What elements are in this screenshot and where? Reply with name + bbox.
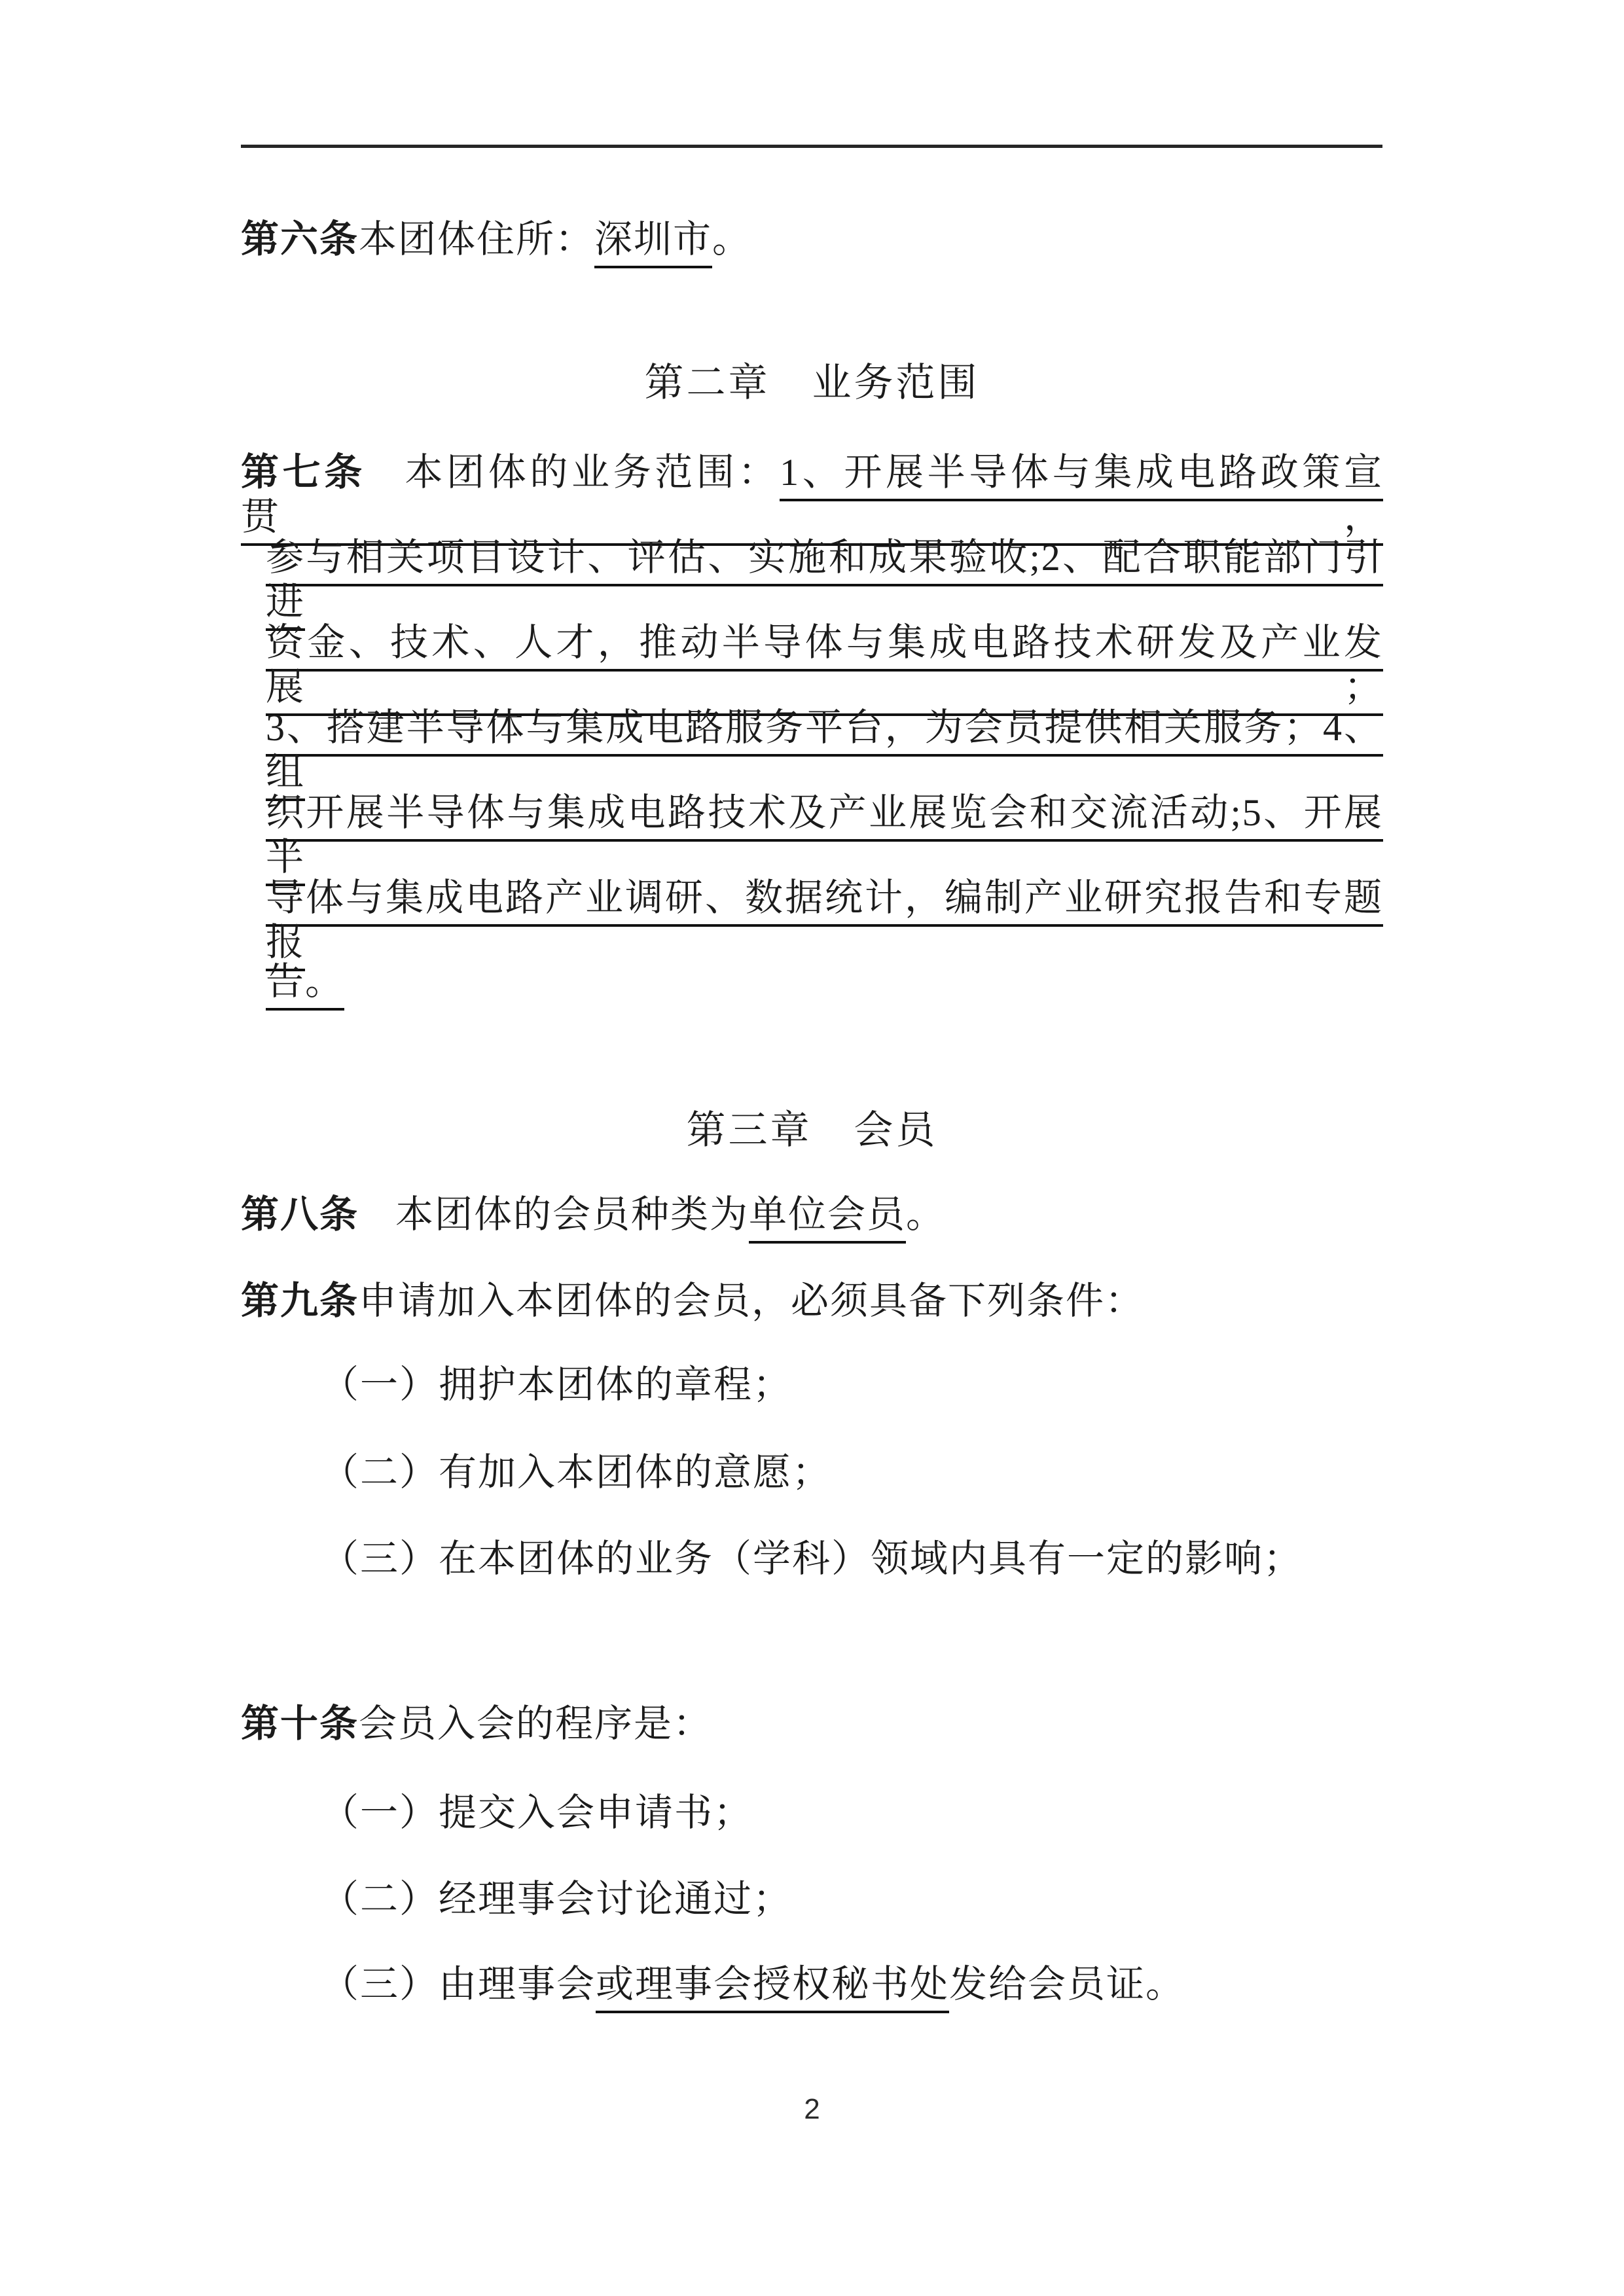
article-7-underlined-4: 3、搭建半导体与集成电路服务平台，为会员提供相关服务；4、组: [266, 706, 1383, 801]
article-7-underlined-5: 织开展半导体与集成电路技术及产业展览会和交流活动;5、开展半: [266, 791, 1383, 886]
article-7-line-1: 第七条本团体的业务范围：1、开展半导体与集成电路政策宣贯，: [241, 450, 1383, 540]
article-9-item-2: （二）有加入本团体的意愿；: [241, 1450, 1463, 1495]
article-7-line-6: 导体与集成电路产业调研、数据统计，编制产业研究报告和专题报: [266, 876, 1383, 965]
chapter-2-heading: 第二章 业务范围: [241, 360, 1383, 406]
article-7-underlined-7: 告。: [266, 960, 344, 1011]
article-7-underlined-2: 参与相关项目设计、评估、实施和成果验收;2、配合职能部门引进: [266, 536, 1383, 631]
article-8-period: 。: [906, 1193, 945, 1236]
article-6-line: 第六条本团体住所：深圳市。: [241, 217, 1383, 262]
article-10-item-3-pre: （三）由理事会: [321, 1963, 596, 2005]
article-10-item-3-underlined: 或理事会授权秘书处: [596, 1963, 949, 2013]
article-9-label: 第九条: [241, 1280, 359, 1322]
article-10-item-2: （二）经理事会讨论通过；: [241, 1877, 1463, 1922]
article-10-text: 会员入会的程序是：: [359, 1702, 712, 1745]
article-10-item-3-post: 发给会员证。: [949, 1963, 1185, 2005]
article-7-underlined-3: 资金、技术、人才，推动半导体与集成电路技术研发及产业发展；: [266, 621, 1383, 716]
article-7-line-4: 3、搭建半导体与集成电路服务平台，为会员提供相关服务；4、组: [266, 706, 1383, 795]
chapter-3-heading: 第三章 会员: [241, 1107, 1383, 1154]
article-7-line-2: 参与相关项目设计、评估、实施和成果验收;2、配合职能部门引进: [266, 535, 1383, 625]
article-7-line-7: 告。: [266, 960, 1383, 1004]
article-10-item-3: （三）由理事会或理事会授权秘书处发给会员证。: [241, 1962, 1463, 2007]
article-9-text: 申请加入本团体的会员，必须具备下列条件：: [359, 1280, 1144, 1322]
article-9-item-1: （一）拥护本团体的章程；: [241, 1363, 1463, 1407]
article-6-underlined-text: 深圳市: [594, 218, 712, 268]
article-8-underlined-text: 单位会员: [749, 1193, 906, 1244]
article-7-intro: 本团体的业务范围：: [403, 451, 780, 493]
article-6-label: 第六条: [241, 218, 359, 260]
article-7-line-3: 资金、技术、人才，推动半导体与集成电路技术研发及产业发展；: [266, 620, 1383, 710]
document-page: 第六条本团体住所：深圳市。 第二章 业务范围 第七条本团体的业务范围：1、开展半…: [0, 0, 1624, 2296]
article-10-label: 第十条: [241, 1702, 359, 1745]
article-6-text: 本团体住所：: [359, 218, 594, 260]
page-number: 2: [0, 2093, 1624, 2126]
article-9-line: 第九条申请加入本团体的会员，必须具备下列条件：: [241, 1279, 1383, 1323]
article-6-period: 。: [712, 218, 751, 260]
article-9-item-3: （三）在本团体的业务（学科）领域内具有一定的影响；: [241, 1537, 1463, 1581]
article-7-line-5: 织开展半导体与集成电路技术及产业展览会和交流活动;5、开展半: [266, 791, 1383, 880]
article-7-underlined-6: 导体与集成电路产业调研、数据统计，编制产业研究报告和专题报: [266, 876, 1383, 971]
article-7-label: 第七条: [241, 451, 366, 493]
article-10-line: 第十条会员入会的程序是：: [241, 1702, 1383, 1746]
article-8-line: 第八条本团体的会员种类为单位会员。: [241, 1193, 1383, 1237]
article-8-text: 本团体的会员种类为: [395, 1193, 749, 1236]
article-10-item-1: （一）提交入会申请书；: [241, 1791, 1463, 1835]
article-8-label: 第八条: [241, 1193, 359, 1236]
header-rule: [241, 145, 1382, 148]
